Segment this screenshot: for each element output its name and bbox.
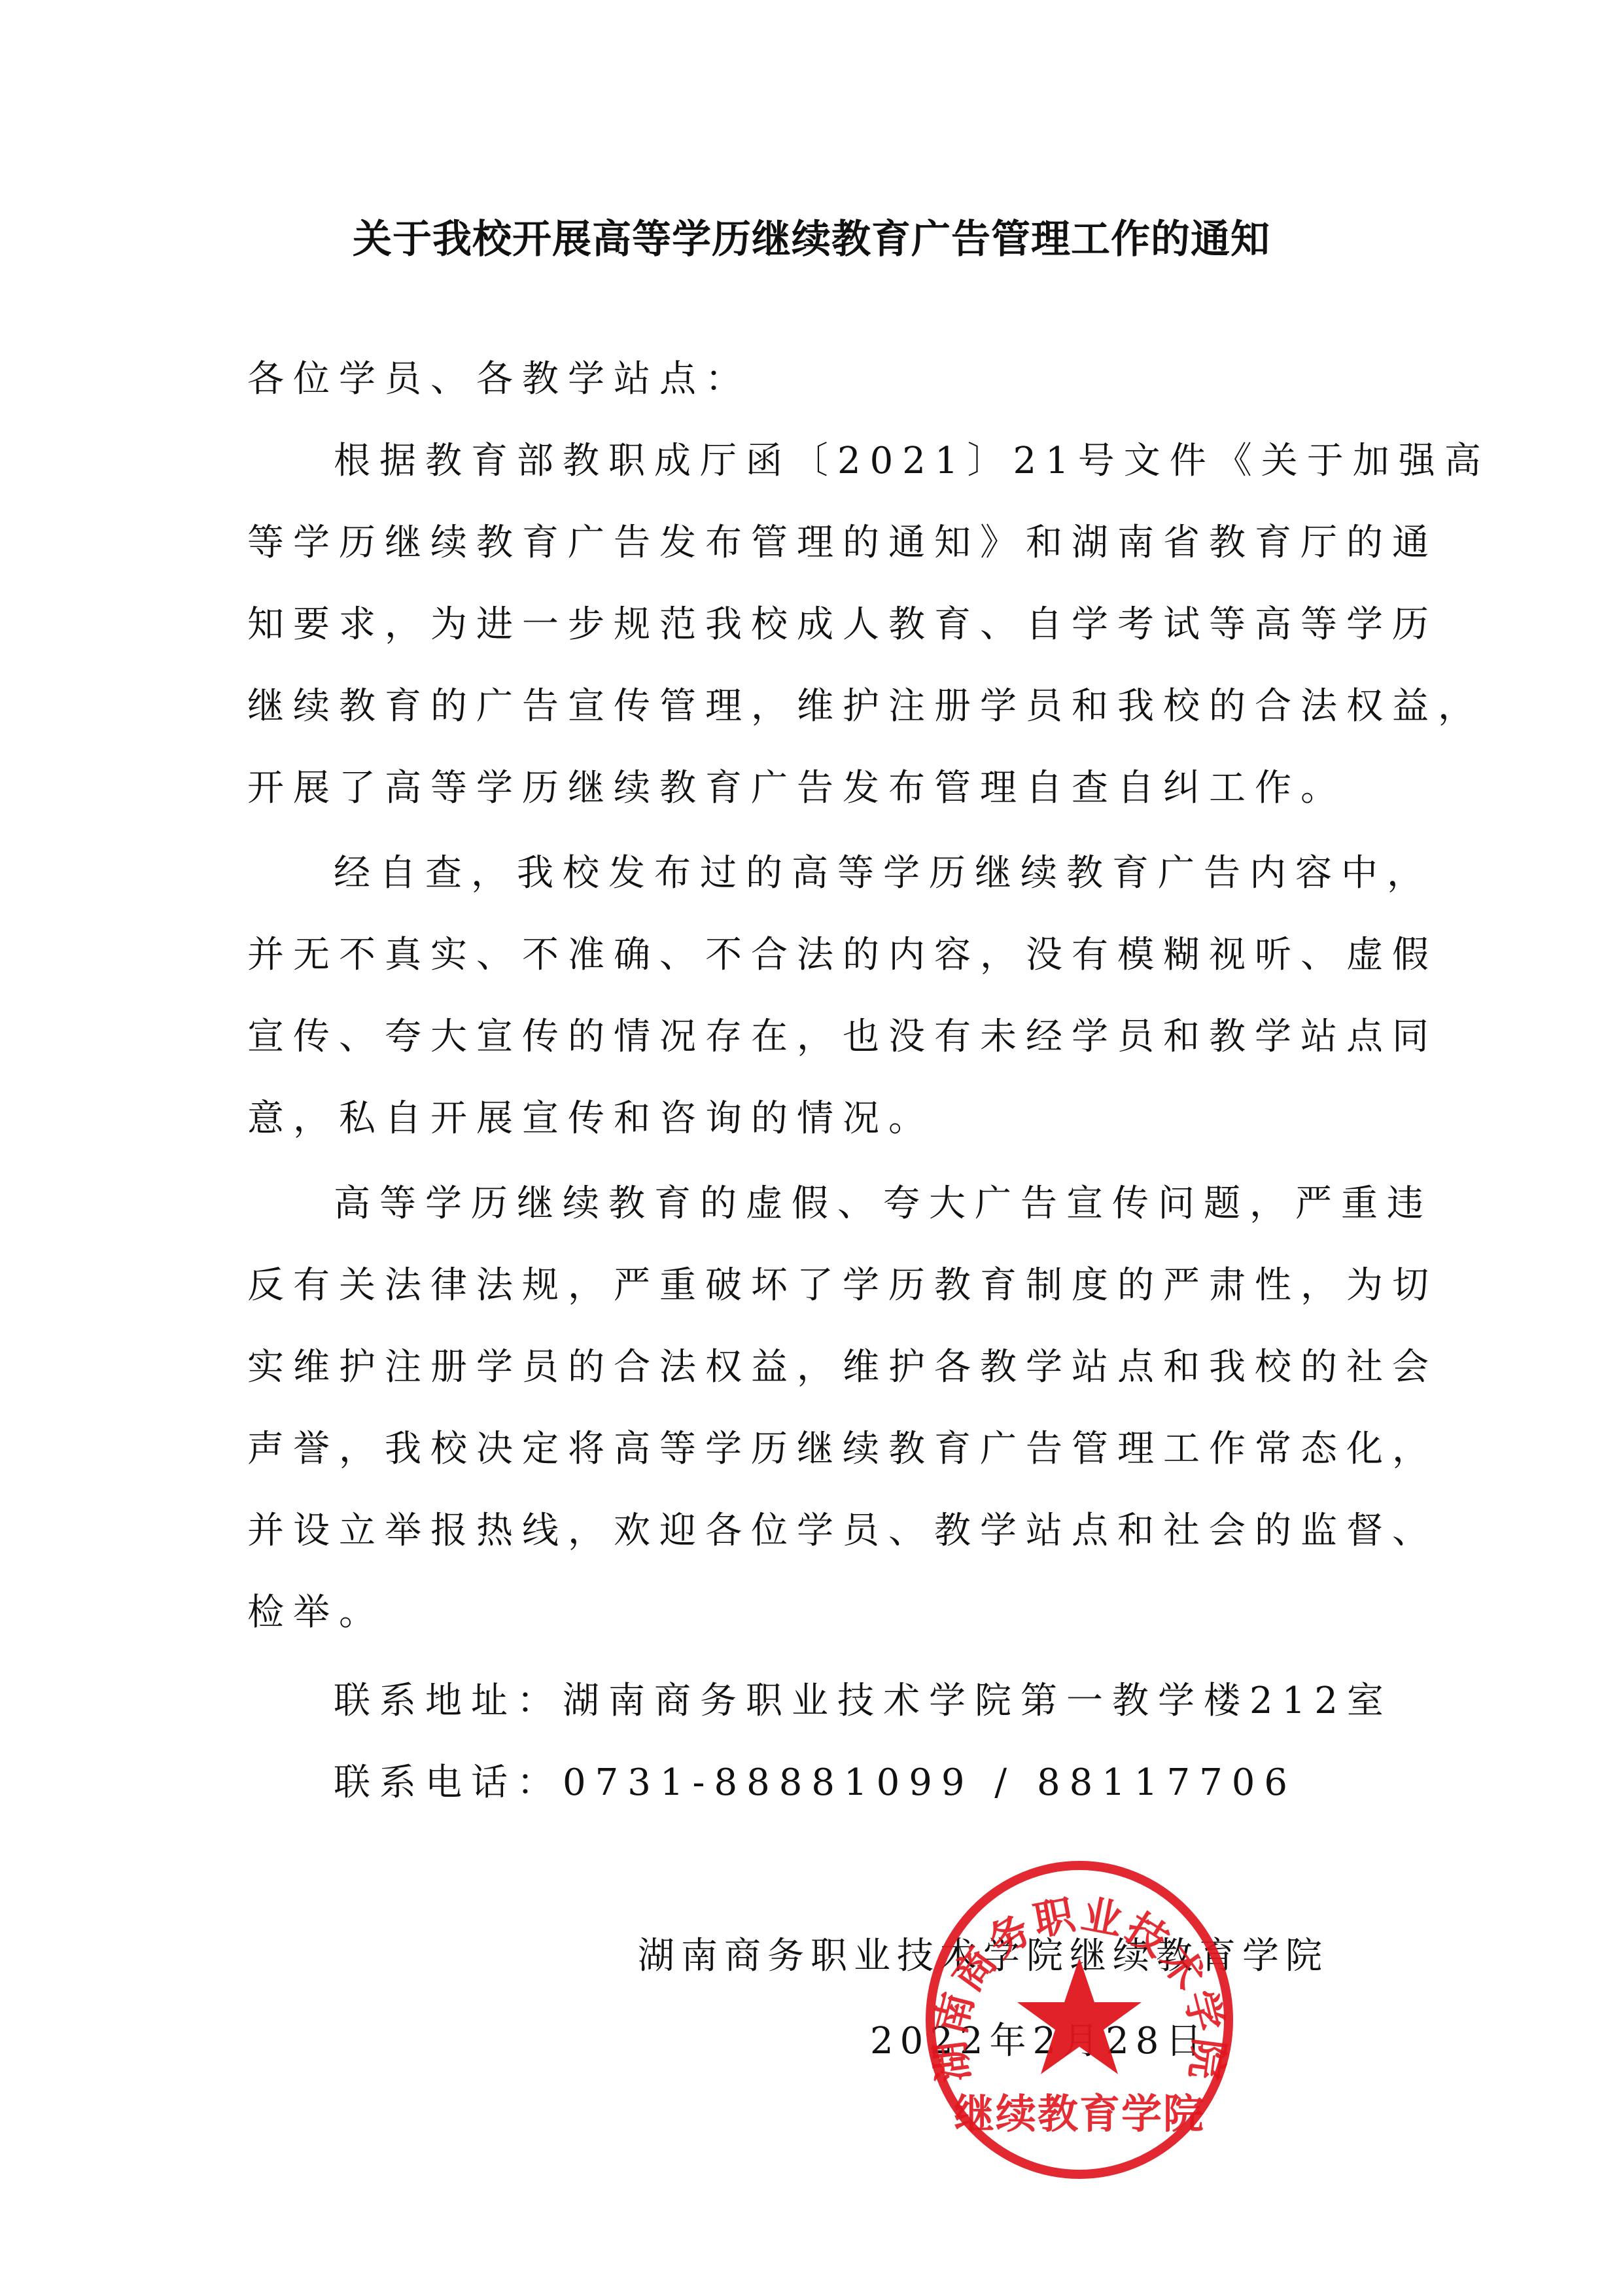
paragraph-line: 宣传、夸大宣传的情况存在，也没有未经学员和教学站点同: [247, 1008, 1438, 1060]
paragraph-line: 检举。: [247, 1583, 385, 1636]
paragraph-line: 知要求，为进一步规范我校成人教育、自学考试等高等学历: [247, 595, 1438, 648]
contact-phone: 联系电话：0731-88881099 / 88117706: [334, 1754, 1297, 1806]
paragraph-line: 并无不真实、不准确、不合法的内容，没有模糊视听、虚假: [247, 926, 1438, 978]
paragraph-line: 并设立举报热线，欢迎各位学员、教学站点和社会的监督、: [247, 1502, 1438, 1554]
paragraph-line: 继续教育的广告宣传管理，维护注册学员和我校的合法权益，: [247, 677, 1484, 730]
official-seal-icon: 湖南商务职业技术学院 继续教育学院: [922, 1860, 1236, 2180]
paragraph-line: 等学历继续教育广告发布管理的通知》和湖南省教育厅的通: [247, 514, 1438, 566]
paragraph-line: 高等学历继续教育的虚假、夸大广告宣传问题，严重违: [334, 1174, 1433, 1227]
paragraph-line: 根据教育部教职成厅函〔2021〕21号文件《关于加强高: [334, 432, 1490, 484]
document-title: 关于我校开展高等学历继续教育广告管理工作的通知: [0, 208, 1623, 264]
paragraph-line: 意，私自开展宣传和咨询的情况。: [247, 1089, 934, 1142]
contact-address: 联系地址：湖南商务职业技术学院第一教学楼212室: [334, 1672, 1393, 1724]
paragraph-line: 实维护注册学员的合法权益，维护各教学站点和我校的社会: [247, 1338, 1438, 1390]
seal-bottom-text: 继续教育学院: [954, 2090, 1205, 2138]
paragraph-line: 经自查，我校发布过的高等学历继续教育广告内容中，: [334, 844, 1433, 896]
salutation: 各位学员、各教学站点：: [247, 350, 751, 402]
paragraph-line: 反有关法律法规，严重破坏了学历教育制度的严肃性，为切: [247, 1256, 1438, 1309]
paragraph-line: 声誉，我校决定将高等学历继续教育广告管理工作常态化，: [247, 1420, 1438, 1472]
paragraph-line: 开展了高等学历继续教育广告发布管理自查自纠工作。: [247, 759, 1346, 811]
